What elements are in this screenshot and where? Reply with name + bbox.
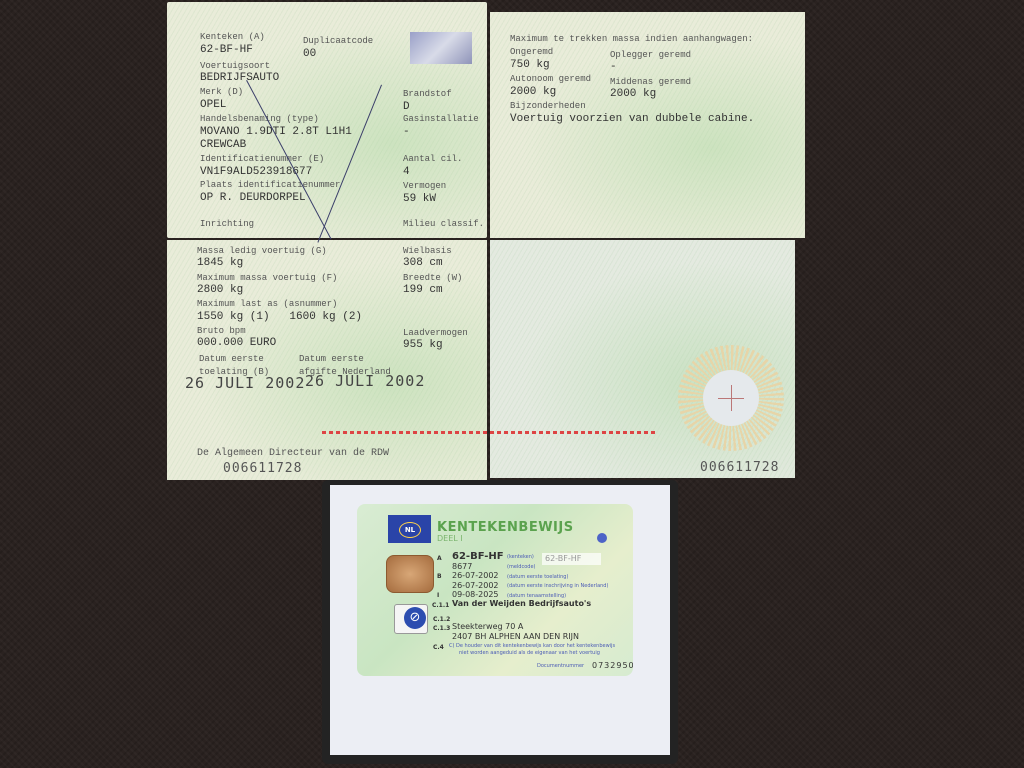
old-certificate-bottom-left: Massa ledig voertuig (G) 1845 kg Wielbas… <box>167 240 487 480</box>
handelsbenaming-value-2: CREWCAB <box>200 139 246 151</box>
plaats-value: OP R. DEURDORPEL <box>200 192 306 204</box>
card-subtitle: DEEL I <box>437 534 463 543</box>
hologram-dot-icon <box>597 533 607 543</box>
c12-code: C.1.2 <box>433 616 450 623</box>
old-certificate-top-right: Maximum te trekken massa indien aanhangw… <box>490 12 805 238</box>
datum-afgifte-label-1: Datum eerste <box>299 353 364 365</box>
signature-line: De Algemeen Directeur van de RDW <box>197 448 389 460</box>
address-line-2: 2407 BH ALPHEN AAN DEN RIJN <box>452 632 579 641</box>
bijzonderheden-label: Bijzonderheden <box>510 100 586 112</box>
aantal-cil-label: Aantal cil. <box>403 153 462 165</box>
bruto-bpm-value: 000.000 EURO <box>197 337 276 349</box>
card-plate: 62-BF-HF <box>452 551 504 562</box>
field-a-code: A <box>437 555 442 562</box>
trailer-mass-header: Maximum te trekken massa indien aanhangw… <box>510 33 753 45</box>
kenteken-value: 62-BF-HF <box>200 44 253 56</box>
holder-name: Van der Weijden Bedrijfsauto's <box>452 599 591 608</box>
old-certificate-bottom-right: 006611728 <box>490 240 795 478</box>
identificatienummer-label: Identificatienummer (E) <box>200 153 324 165</box>
middenas-label: Middenas geremd <box>610 76 691 88</box>
ongeremd-label: Ongeremd <box>510 46 553 58</box>
oplegger-label: Oplegger geremd <box>610 49 691 61</box>
handelsbenaming-label: Handelsbenaming (type) <box>200 113 319 125</box>
kenteken-label: Kenteken (A) <box>200 31 265 43</box>
brandstof-value: D <box>403 101 410 113</box>
breedte-label: Breedte (W) <box>403 272 462 284</box>
max-last-label: Maximum last as (asnummer) <box>197 298 337 310</box>
date-first-nl: 26-07-2002 <box>452 581 499 590</box>
card-title: KENTEKENBEWIJS <box>437 520 574 535</box>
oplegger-value: - <box>610 61 617 73</box>
old-certificate-top-left: Kenteken (A) 62-BF-HF Duplicaatcode 00 V… <box>167 2 487 238</box>
plate-ghost-image: 62-BF-HF <box>542 553 601 565</box>
vermogen-label: Vermogen <box>403 180 446 192</box>
autonoom-value: 2000 kg <box>510 86 556 98</box>
datum-toelating-stamp: 26 JULI 2002 <box>185 377 305 389</box>
bijzonderheden-value: Voertuig voorzien van dubbele cabine. <box>510 113 754 125</box>
document-number: 0732950864 <box>592 661 633 670</box>
plaats-label: Plaats identificatienummer <box>200 179 340 191</box>
duplicaatcode-value: 00 <box>303 48 316 60</box>
bruto-bpm-label: Bruto bpm <box>197 325 246 337</box>
duplicaatcode-label: Duplicaatcode <box>303 35 373 47</box>
security-dotted-line <box>490 431 655 434</box>
massa-ledig-label: Massa ledig voertuig (G) <box>197 245 327 257</box>
meldcode-hint: (meldcode) <box>507 564 535 570</box>
gasinstallatie-value: - <box>403 126 410 138</box>
date-registration: 09-08-2025 <box>452 590 499 599</box>
date-first-admission: 26-07-2002 <box>452 571 499 580</box>
field-b-code: B <box>437 573 442 580</box>
autonoom-label: Autonoom geremd <box>510 73 591 85</box>
c4-text-1: C) De houder van dit kentekenbewijs kan … <box>449 643 615 649</box>
brandstof-label: Brandstof <box>403 88 452 100</box>
c13-code: C.1.3 <box>433 625 450 632</box>
massa-ledig-value: 1845 kg <box>197 257 243 269</box>
c4-text-2: niet worden aangeduid als de eigenaar va… <box>459 650 600 656</box>
max-massa-label: Maximum massa voertuig (F) <box>197 272 337 284</box>
voertuigsoort-value: BEDRIJFSAUTO <box>200 72 279 84</box>
datum-toelating-label-1: Datum eerste <box>199 353 264 365</box>
wielbasis-value: 308 cm <box>403 257 443 269</box>
eu-flag-icon: NL <box>388 515 431 543</box>
max-last-value: 1550 kg (1) 1600 kg (2) <box>197 311 362 323</box>
registration-card: NL KENTEKENBEWIJS DEEL I A 62-BF-HF (ken… <box>357 504 633 676</box>
milieu-label: Milieu classif. <box>403 218 484 230</box>
date-first-admission-hint: (datum eerste toelating) <box>507 574 568 580</box>
c4-code: C.4 <box>433 644 444 651</box>
merk-label: Merk (D) <box>200 86 243 98</box>
aantal-cil-value: 4 <box>403 166 410 178</box>
hologram-icon <box>410 32 472 64</box>
address-line-1: Steekterweg 70 A <box>452 622 523 631</box>
gasinstallatie-label: Gasinstallatie <box>403 113 479 125</box>
voertuigsoort-label: Voertuigsoort <box>200 60 270 72</box>
breedte-value: 199 cm <box>403 284 443 296</box>
ongeremd-value: 750 kg <box>510 59 550 71</box>
chip-icon <box>386 555 434 593</box>
field-i-code: I <box>437 592 439 599</box>
inrichting-label: Inrichting <box>200 218 254 230</box>
no-ownership-symbol-icon: ⊘ <box>394 604 428 634</box>
max-massa-value: 2800 kg <box>197 284 243 296</box>
serial-number: 006611728 <box>700 462 779 474</box>
docnum-label: Documentnummer <box>537 663 584 669</box>
guilloche-rosette-icon <box>678 345 784 451</box>
middenas-value: 2000 kg <box>610 88 656 100</box>
merk-value: OPEL <box>200 99 226 111</box>
vermogen-value: 59 kW <box>403 193 436 205</box>
laadvermogen-value: 955 kg <box>403 339 443 351</box>
date-first-nl-hint: (datum eerste inschrijving in Nederland) <box>507 583 608 589</box>
wielbasis-label: Wielbasis <box>403 245 452 257</box>
meldcode: 8677 <box>452 562 472 571</box>
serial-number: 006611728 <box>223 463 302 475</box>
c11-code: C.1.1 <box>432 602 449 609</box>
plate-hint: (kenteken) <box>507 554 534 560</box>
security-dotted-line <box>322 431 487 434</box>
laadvermogen-label: Laadvermogen <box>403 327 468 339</box>
datum-afgifte-stamp: 26 JULI 2002 <box>305 375 425 387</box>
